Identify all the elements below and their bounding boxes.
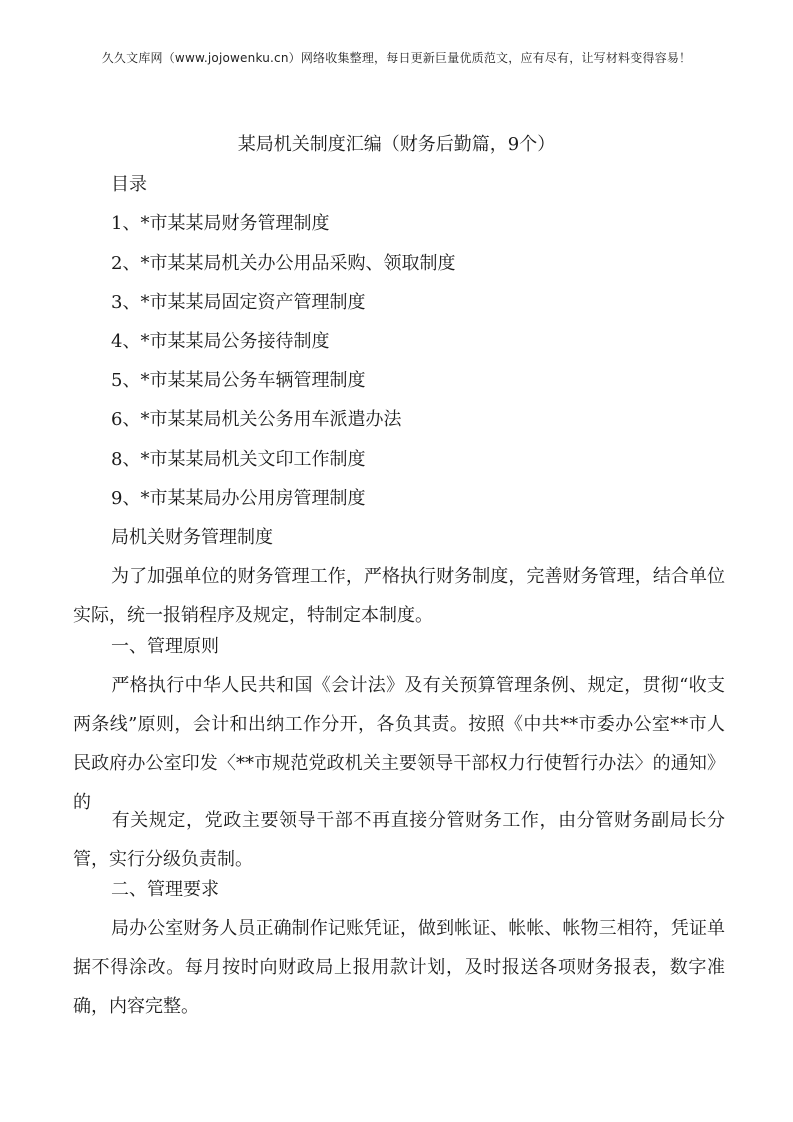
paragraph-text: 局办公室财务人员正确制作记账凭证，做到帐证、帐帐、帐物三相符，凭证单据不得涂改。… xyxy=(73,918,725,1017)
toc-item: 8、*市某某局机关文印工作制度 xyxy=(111,449,365,471)
body-paragraph: 局办公室财务人员正确制作记账凭证，做到帐证、帐帐、帐物三相符，凭证单据不得涂改。… xyxy=(73,909,725,1026)
toc-heading: 目录 xyxy=(111,174,147,196)
document-title: 某局机关制度汇编（财务后勤篇，9个） xyxy=(0,134,793,156)
section-title: 局机关财务管理制度 xyxy=(111,527,273,549)
section-heading: 二、管理要求 xyxy=(111,879,219,901)
body-paragraph: 有关规定，党政主要领导干部不再直接分管财务工作，由分管财务副局长分管，实行分级负… xyxy=(73,801,725,879)
toc-item: 5、*市某某局公务车辆管理制度 xyxy=(111,370,365,392)
toc-item: 2、*市某某局机关办公用品采购、领取制度 xyxy=(111,253,455,275)
toc-item: 4、*市某某局公务接待制度 xyxy=(111,331,329,353)
body-paragraph: 严格执行中华人民共和国《会计法》及有关预算管理条例、规定，贯彻“收支两条线”原则… xyxy=(73,666,725,822)
body-paragraph: 为了加强单位的财务管理工作，严格执行财务制度，完善财务管理，结合单位实际，统一报… xyxy=(73,557,725,635)
paragraph-text: 严格执行中华人民共和国《会计法》及有关预算管理条例、规定，贯彻“收支两条线”原则… xyxy=(73,675,725,813)
paragraph-text: 有关规定，党政主要领导干部不再直接分管财务工作，由分管财务副局长分管，实行分级负… xyxy=(73,810,725,870)
paragraph-text: 为了加强单位的财务管理工作，严格执行财务制度，完善财务管理，结合单位实际，统一报… xyxy=(73,566,725,626)
toc-item: 1、*市某某局财务管理制度 xyxy=(111,213,329,235)
toc-item: 9、*市某某局办公用房管理制度 xyxy=(111,488,365,510)
section-heading: 一、管理原则 xyxy=(111,636,219,658)
page-header-watermark: 久久文库网（www.jojowenku.cn）网络收集整理，每日更新巨量优质范文… xyxy=(0,49,793,66)
toc-item: 3、*市某某局固定资产管理制度 xyxy=(111,292,365,314)
toc-item: 6、*市某某局机关公务用车派遣办法 xyxy=(111,409,401,431)
